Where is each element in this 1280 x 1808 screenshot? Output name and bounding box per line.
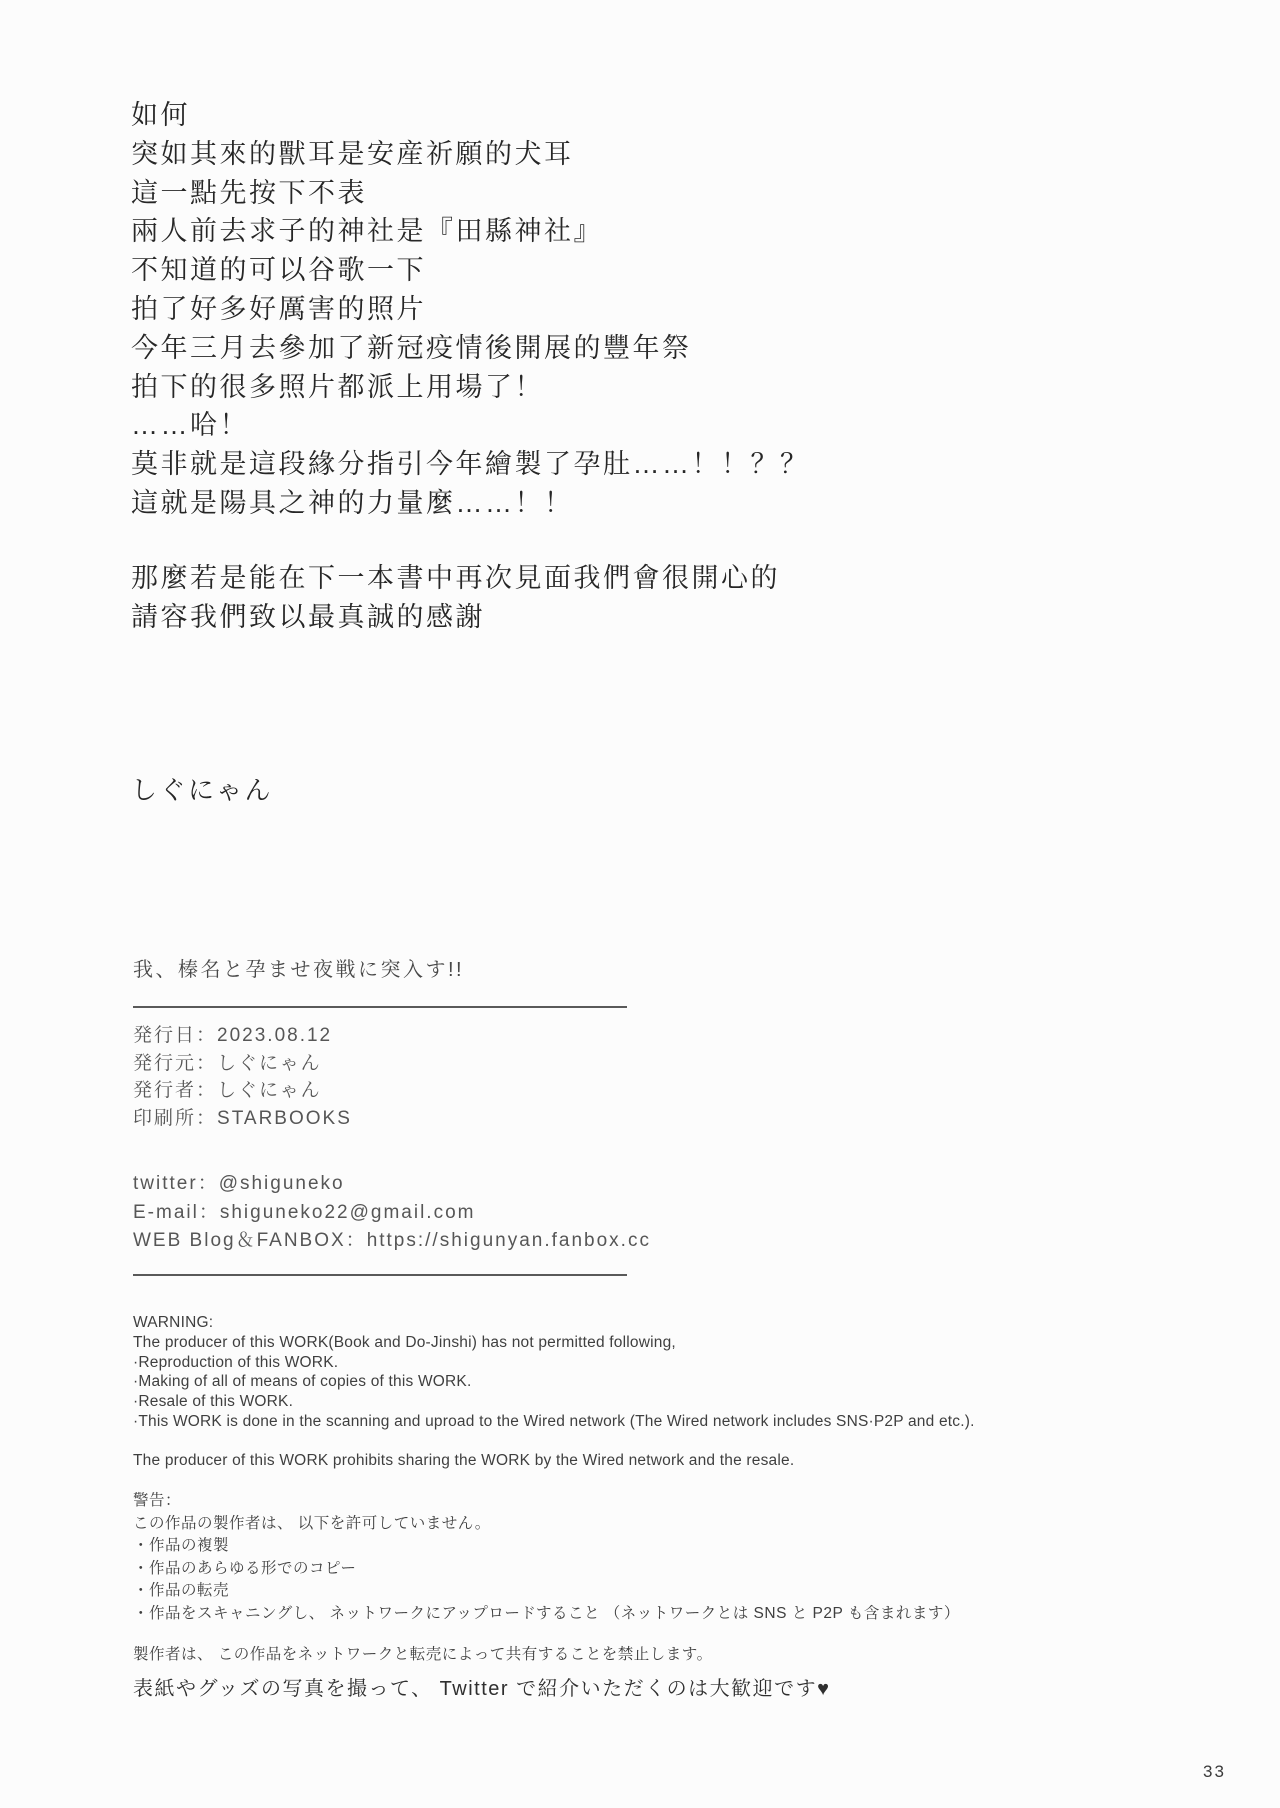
colophon-block: 我、榛名と孕ませ夜戦に突入す!! 発行日：2023.08.12 発行元：しぐにゃ… [133,958,651,1276]
warning-item: ·Reproduction of this WORK. [133,1353,975,1373]
afterword-line: 如何 [131,96,810,135]
afterword-line: 今年三月去參加了新冠疫情後開展的豐年祭 [131,329,810,368]
scanned-afterword-page: 如何 突如其來的獸耳是安産祈願的犬耳 這一點先按下不表 兩人前去求子的神社是『田… [0,0,1280,1808]
afterword-line: 請容我們致以最真誠的感謝 [131,598,810,637]
entry-separator: ： [198,1173,219,1194]
afterword-line: 這一點先按下不表 [131,174,810,213]
entry-separator: ： [196,1025,217,1046]
warning-footer: 製作者は、 この作品をネットワークと転売によって共有することを禁止します。 [133,1644,960,1667]
entry-separator: ： [346,1230,367,1251]
entry-label: 発行元 [133,1053,196,1074]
warning-footer: The producer of this WORK prohibits shar… [133,1451,975,1471]
warning-item: ·Resale of this WORK. [133,1392,975,1412]
divider-line [133,1274,627,1276]
afterword-line: 這就是陽具之神的力量麼……！！ [131,484,810,523]
warning-item: ・作品をスキャニングし、 ネットワークにアップロードすること （ネットワークとは… [133,1603,960,1626]
contact-entry-email: E-mail：shiguneko22@gmail.com [133,1199,651,1228]
entry-value: しぐにゃん [217,1080,322,1101]
entry-label: 発行日 [133,1025,196,1046]
warning-intro: この作品の製作者は、 以下を許可していません。 [133,1513,960,1536]
colophon-entry: 発行元：しぐにゃん [133,1050,651,1078]
entry-value: STARBOOKS [217,1108,352,1129]
contact-entry-fanbox: WEB Blog＆FANBOX：https://shigunyan.fanbox… [133,1227,651,1256]
twitter-handle: @shiguneko [219,1173,345,1194]
contact-entry-twitter: twitter：@shiguneko [133,1170,651,1199]
entry-separator: ： [196,1080,217,1101]
afterword-line: 突如其來的獸耳是安産祈願的犬耳 [131,135,810,174]
afterword-line: 那麼若是能在下一本書中再次見面我們會很開心的 [131,559,810,598]
contact-label: twitter [133,1173,198,1194]
afterword-line: ……哈！ [131,406,810,445]
entry-value: 2023.08.12 [217,1025,332,1046]
entry-separator: ： [199,1202,220,1223]
divider-line [133,1006,627,1008]
book-title: 我、榛名と孕ませ夜戦に突入す!! [133,958,651,982]
entry-label: 印刷所 [133,1108,196,1129]
afterword-line: 拍下的很多照片都派上用場了！ [131,368,810,407]
email-address: shiguneko22@gmail.com [220,1202,476,1223]
warning-heading: WARNING: [133,1313,975,1333]
contact-label: E-mail [133,1202,199,1223]
colophon-entries: 発行日：2023.08.12 発行元：しぐにゃん 発行者：しぐにゃん 印刷所：S… [133,1022,651,1132]
colophon-entry: 印刷所：STARBOOKS [133,1105,651,1133]
afterword-line: 拍了好多好厲害的照片 [131,290,810,329]
fanbox-url: https://shigunyan.fanbox.cc [367,1230,651,1251]
warning-heading: 警告： [133,1490,960,1513]
warning-item: ·This WORK is done in the scanning and u… [133,1412,975,1432]
warning-item: ·Making of all of means of copies of thi… [133,1372,975,1392]
entry-separator: ： [196,1053,217,1074]
warning-item: ・作品の転売 [133,1580,960,1603]
entry-value: しぐにゃん [217,1053,322,1074]
warning-block-japanese: 警告： この作品の製作者は、 以下を許可していません。 ・作品の複製 ・作品のあ… [133,1490,960,1666]
contact-label: WEB Blog＆FANBOX [133,1230,346,1251]
colophon-entry: 発行日：2023.08.12 [133,1022,651,1050]
afterword-line: 莫非就是這段緣分指引今年繪製了孕肚……！！？？ [131,445,810,484]
author-signature: しぐにゃん [131,771,810,810]
afterword-block: 如何 突如其來的獸耳是安産祈願的犬耳 這一點先按下不表 兩人前去求子的神社是『田… [131,96,810,810]
entry-label: 発行者 [133,1080,196,1101]
colophon-contacts: twitter：@shiguneko E-mail：shiguneko22@gm… [133,1170,651,1256]
entry-separator: ： [196,1108,217,1129]
warning-intro: The producer of this WORK(Book and Do-Ji… [133,1333,975,1353]
warning-block-english: WARNING: The producer of this WORK(Book … [133,1313,975,1471]
promo-note: 表紙やグッズの写真を撮って、 Twitter で紹介いただくのは大歓迎です♥ [133,1672,830,1701]
colophon-entry: 発行者：しぐにゃん [133,1077,651,1105]
afterword-line: 不知道的可以谷歌一下 [131,251,810,290]
afterword-line: 兩人前去求子的神社是『田縣神社』 [131,212,810,251]
warning-item: ・作品の複製 [133,1535,960,1558]
warning-item: ・作品のあらゆる形でのコピー [133,1558,960,1581]
page-number: 33 [1203,1762,1226,1782]
